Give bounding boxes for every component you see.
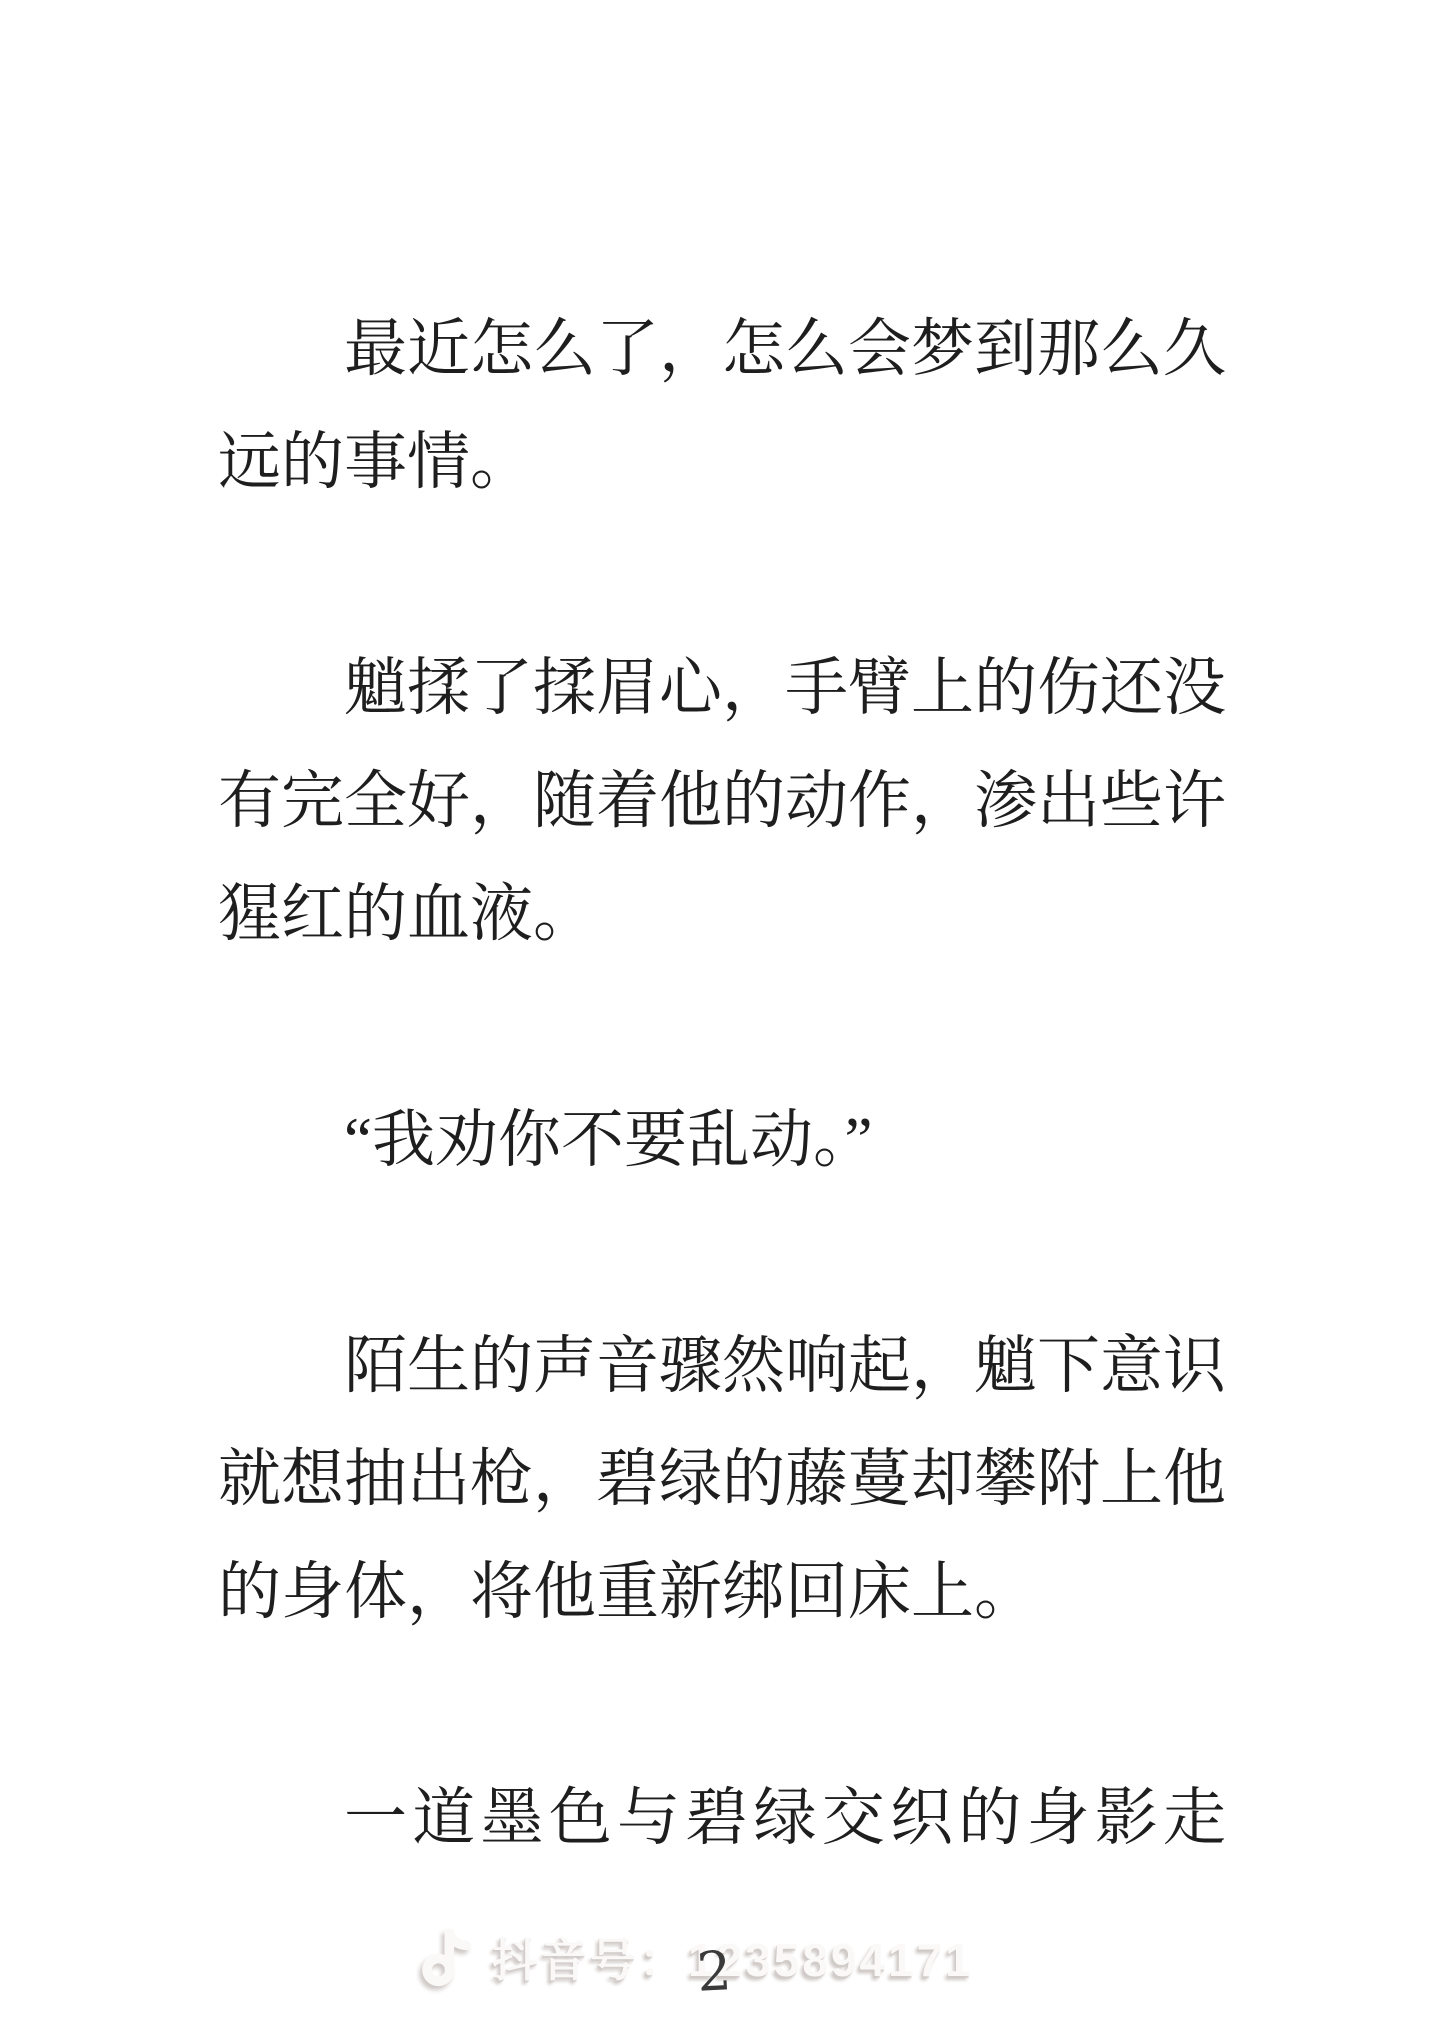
text-line: 魈揉了揉眉心，手臂上的伤还没 xyxy=(218,632,1226,745)
paragraph: 一道墨色与碧绿交织的身影走 xyxy=(218,1762,1226,1875)
text-line: 有完全好，随着他的动作，渗出些许 xyxy=(218,745,1226,858)
page-number: 2 xyxy=(695,1939,733,2004)
paragraph: 最近怎么了，怎么会梦到那么久远的事情。 xyxy=(218,293,1226,519)
text-line: 陌生的声音骤然响起，魈下意识 xyxy=(218,1310,1226,1423)
text-line: “我劝你不要乱动。” xyxy=(218,1084,1226,1197)
text-line: 就想抽出枪，碧绿的藤蔓却攀附上他 xyxy=(218,1423,1226,1536)
text-line: 远的事情。 xyxy=(218,406,1226,519)
paragraph: 陌生的声音骤然响起，魈下意识就想抽出枪，碧绿的藤蔓却攀附上他的身体，将他重新绑回… xyxy=(218,1310,1226,1649)
text-line: 最近怎么了，怎么会梦到那么久 xyxy=(218,293,1226,406)
text-line: 的身体，将他重新绑回床上。 xyxy=(218,1536,1226,1649)
paragraph: 魈揉了揉眉心，手臂上的伤还没有完全好，随着他的动作，渗出些许猩红的血液。 xyxy=(218,632,1226,971)
text-line: 猩红的血液。 xyxy=(218,858,1226,971)
douyin-note-icon xyxy=(420,1923,476,1992)
watermark-label: 抖音号：1235894171 xyxy=(492,1924,974,1990)
book-page: 最近怎么了，怎么会梦到那么久远的事情。魈揉了揉眉心，手臂上的伤还没有完全好，随着… xyxy=(0,0,1440,2036)
paragraph: “我劝你不要乱动。” xyxy=(218,1084,1226,1197)
text-line: 一道墨色与碧绿交织的身影走 xyxy=(218,1762,1226,1875)
page-text: 最近怎么了，怎么会梦到那么久远的事情。魈揉了揉眉心，手臂上的伤还没有完全好，随着… xyxy=(218,293,1226,1875)
